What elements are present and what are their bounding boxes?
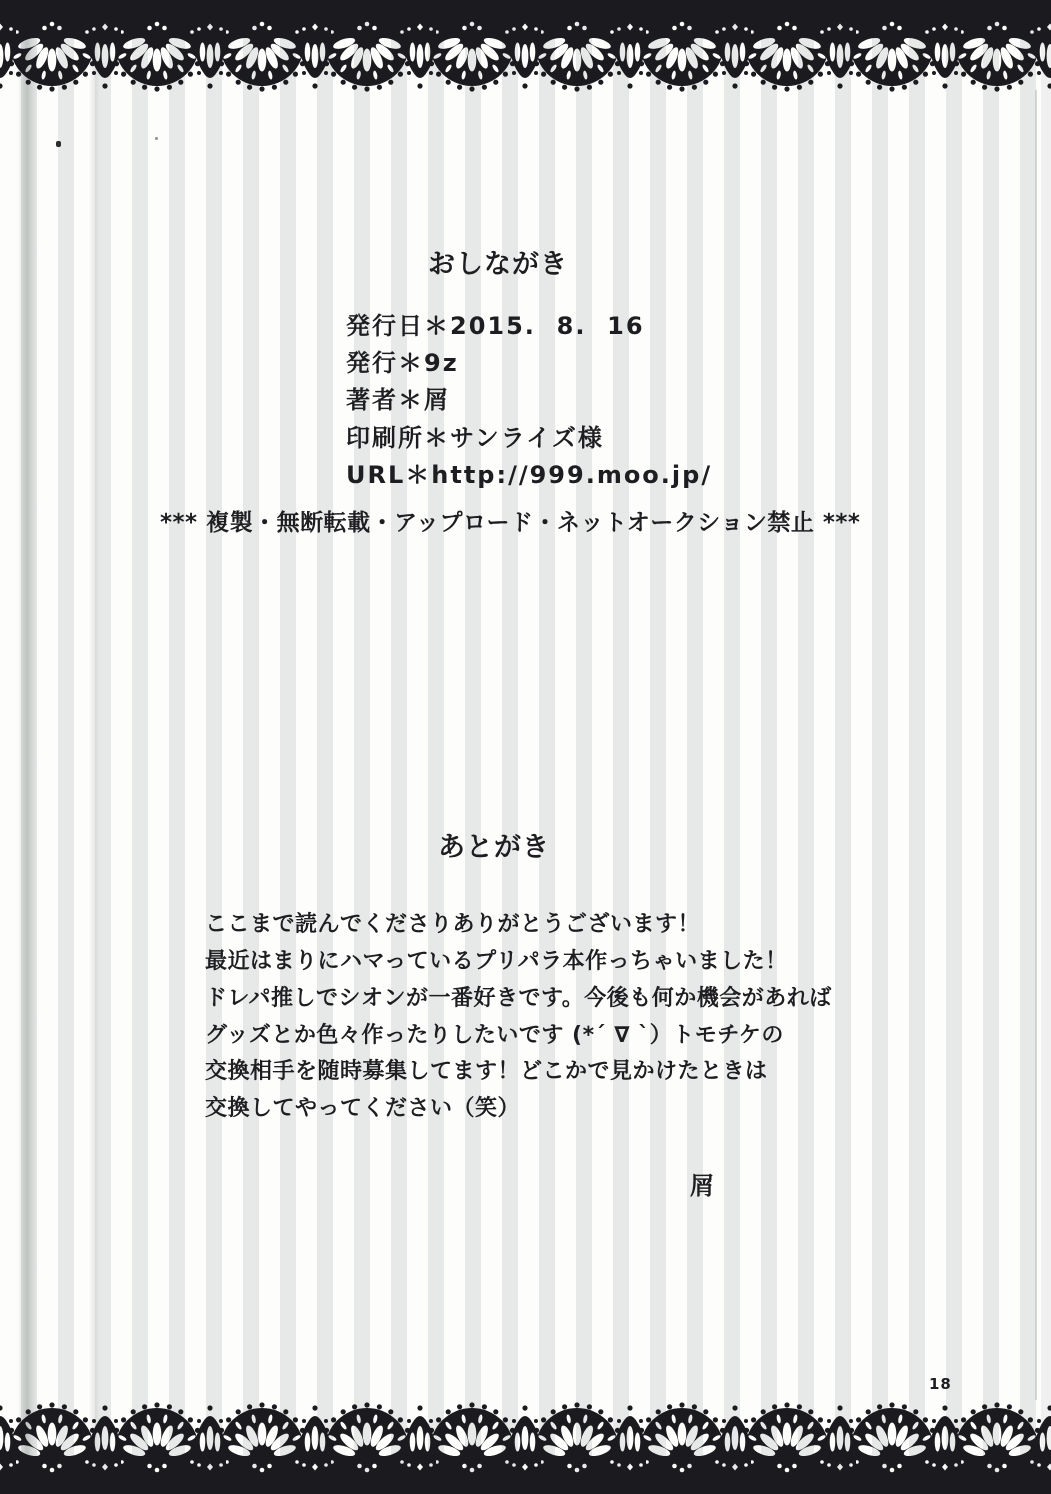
- afterword-line: 交換相手を随時募集してます！どこかで見かけたときは: [205, 1061, 768, 1083]
- bottom-lace-border: [0, 1394, 1051, 1494]
- colophon-line-publish-date: 発行日＊2015. 8. 16: [346, 314, 645, 338]
- colophon-line-url: URL＊http://999.moo.jp/: [346, 463, 712, 487]
- page-edge-shadow: [1041, 0, 1051, 1494]
- afterword-line: ここまで読んでくださりありがとうございます！: [205, 914, 700, 936]
- page-number: 18: [929, 1377, 952, 1392]
- afterword-line: 交換してやってください（笑）: [205, 1098, 520, 1120]
- top-lace-border: [0, 0, 1051, 100]
- author-signature: 屑: [690, 1174, 714, 1198]
- colophon-line-printer: 印刷所＊サンライズ様: [346, 426, 604, 450]
- scan-speck: [155, 137, 158, 140]
- scan-artifact-line: [18, 0, 38, 1494]
- colophon-title: おしながき: [428, 251, 568, 278]
- colophon-line-author: 著者＊屑: [346, 388, 450, 412]
- afterword-title: あとがき: [438, 834, 550, 861]
- scan-artifact-line: [89, 0, 100, 1494]
- page-edge-line: [1035, 90, 1037, 1400]
- afterword-line: 最近はまりにハマっているプリパラ本作っちゃいました！: [205, 951, 788, 973]
- afterword-line: ドレパ推しでシオンが一番好きです。今後も何か機会があれば: [205, 988, 832, 1010]
- colophon-line-publisher: 発行＊9z: [346, 351, 459, 375]
- scan-speck: [56, 141, 61, 147]
- afterword-line: グッズとか色々作ったりしたいです (*´ ∇ `）トモチケの: [205, 1025, 784, 1047]
- copyright-notice: *** 複製・無断転載・アップロード・ネットオークション禁止 ***: [160, 512, 860, 535]
- doujinshi-colophon-page: おしながき 発行日＊2015. 8. 16 発行＊9z 著者＊屑 印刷所＊サンラ…: [0, 0, 1051, 1494]
